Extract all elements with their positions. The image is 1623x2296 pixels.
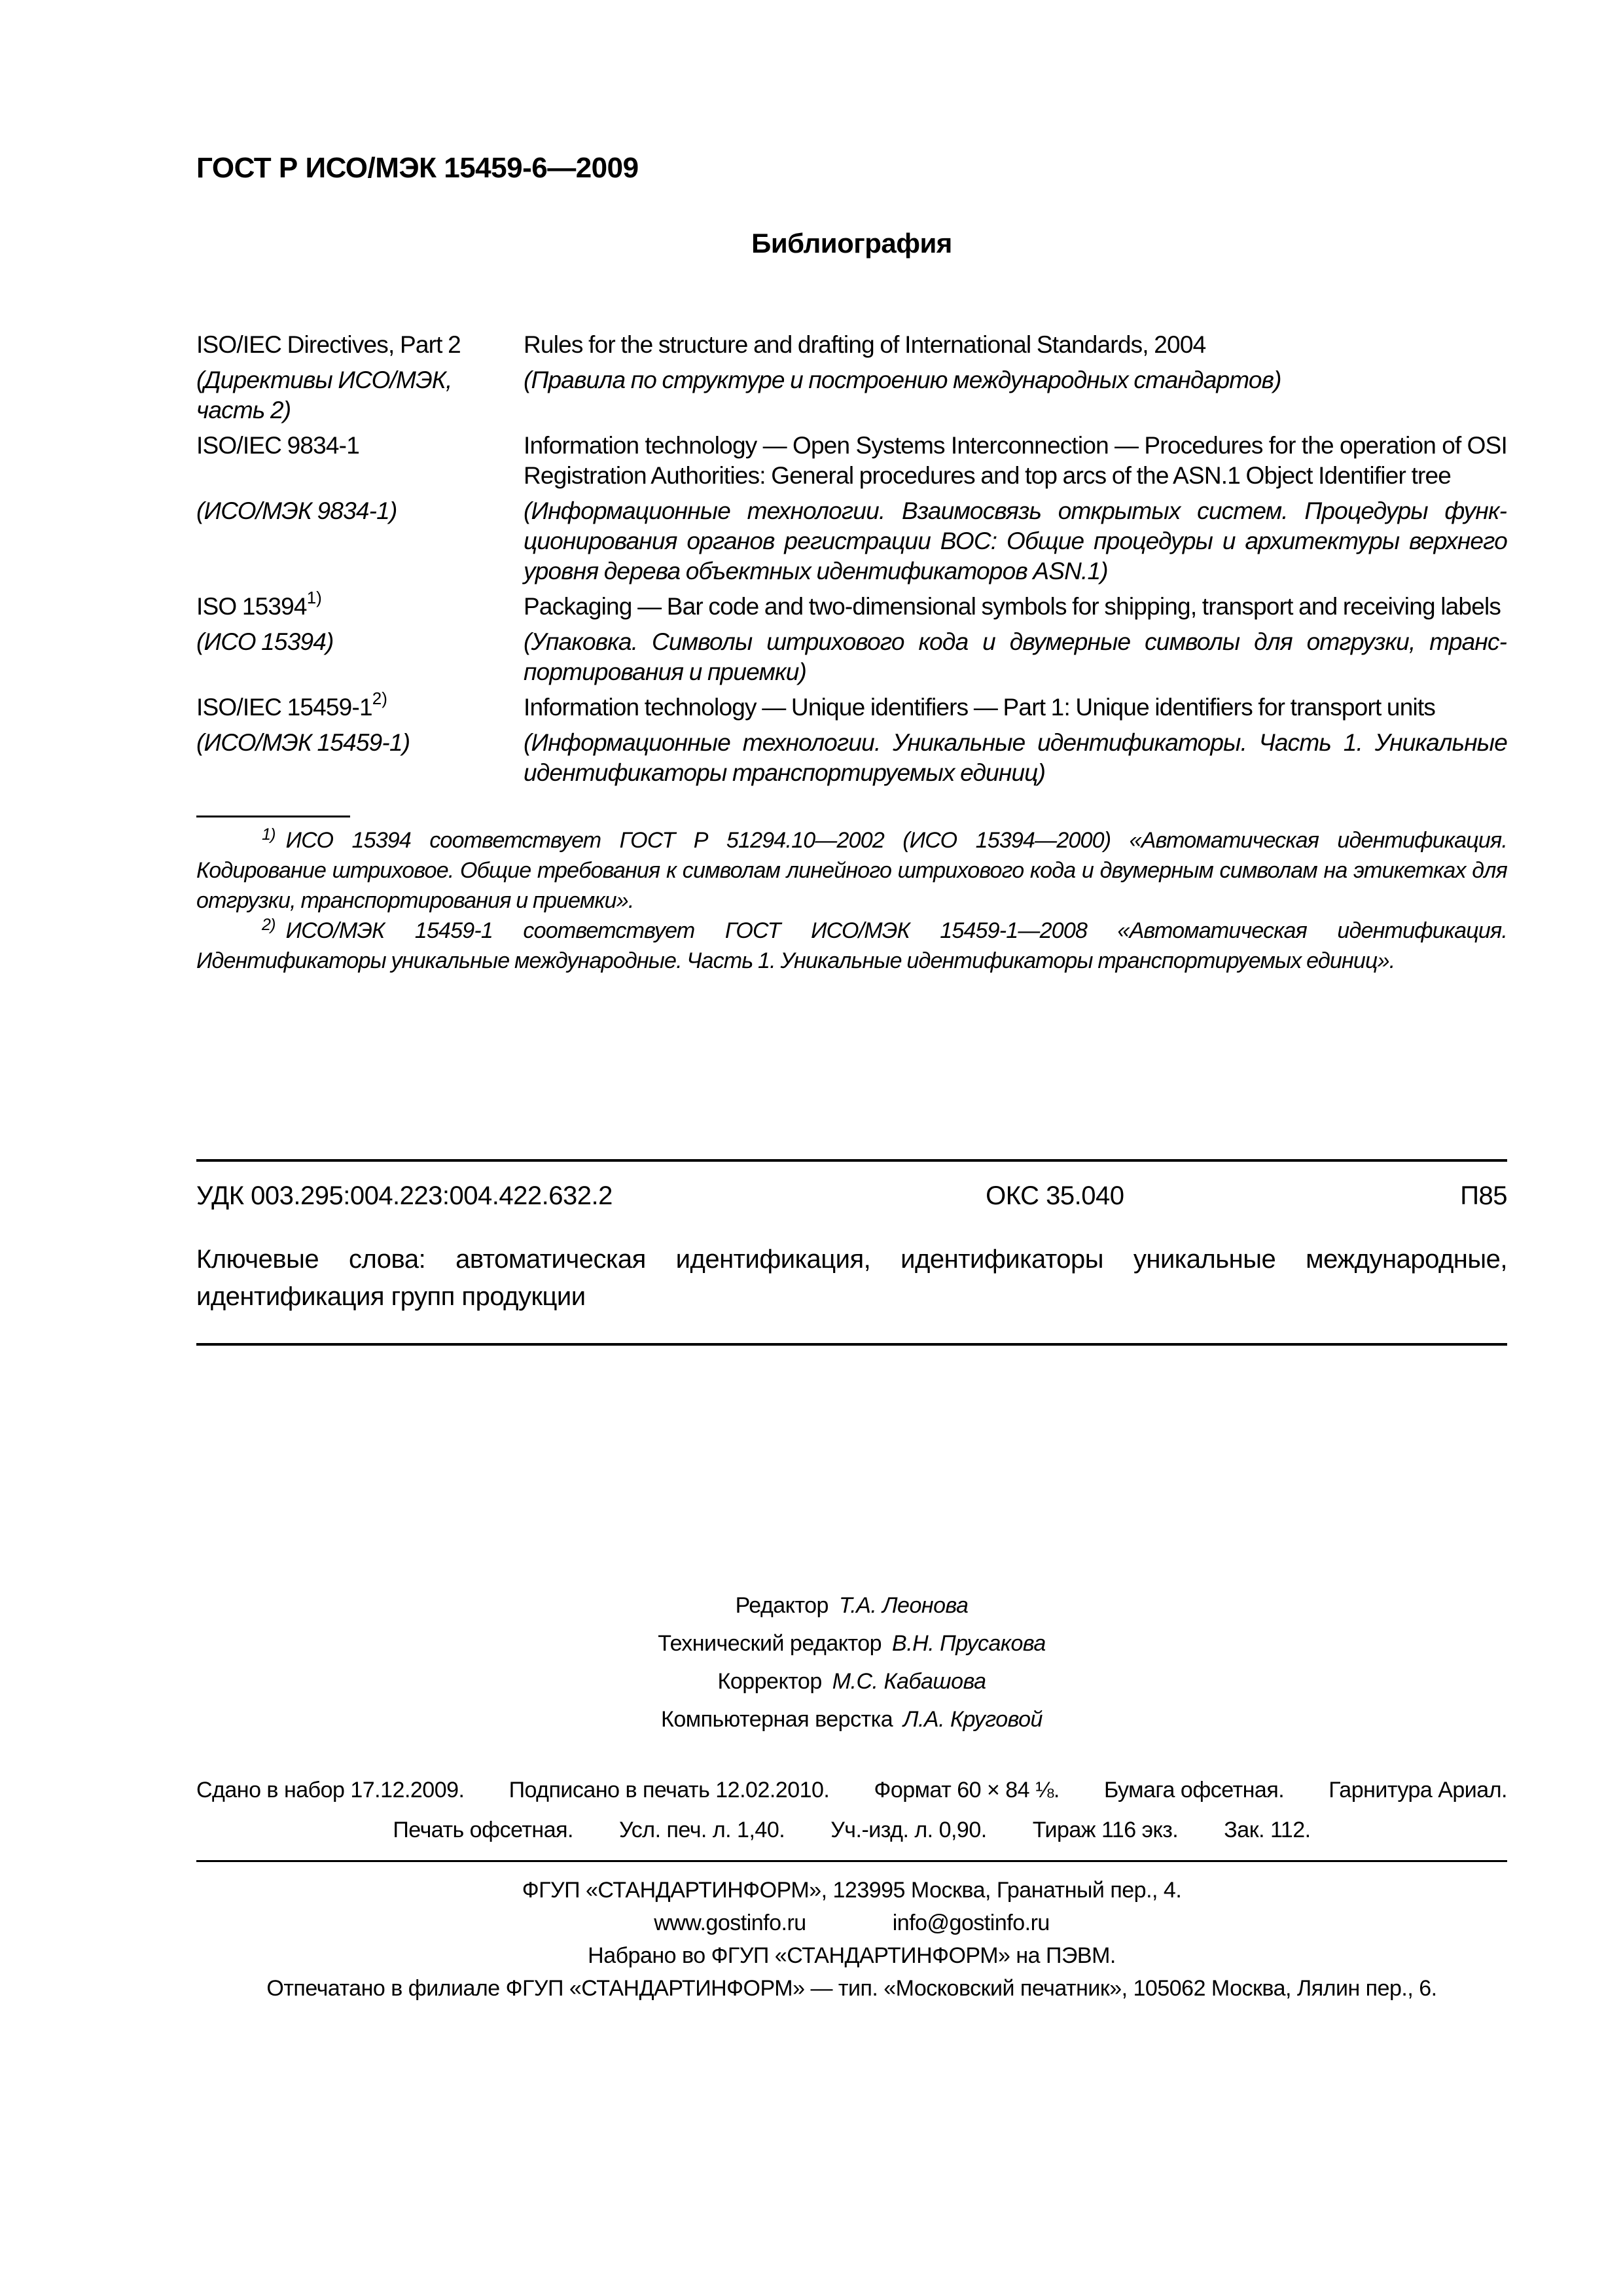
credit-name: Л.А. Круговой — [903, 1707, 1043, 1732]
reference-label: (ИСО 15394) — [196, 627, 524, 687]
publisher-contacts: www.gostinfo.ru info@gostinfo.ru — [196, 1907, 1507, 1939]
bibliography-entry: ISO 153941) Packaging — Bar code and two… — [196, 592, 1507, 622]
reference-label: ISO/IEC 9834-1 — [196, 431, 524, 491]
reference-text: (ИСО/МЭК 9834-1) — [196, 497, 397, 524]
imprint-line-2: Печать офсетная. Усл. печ. л. 1,40. Уч.-… — [196, 1818, 1507, 1843]
footnote-marker: 1) — [262, 825, 286, 844]
reference-description: Packaging — Bar code and two-dimensional… — [524, 592, 1507, 622]
credit-name: М.С. Кабашова — [832, 1669, 986, 1694]
reference-label: ISO/IEC Directives, Part 2 — [196, 330, 524, 360]
imprint-item: Бумага офсетная. — [1104, 1778, 1284, 1803]
bibliography-entry-translation: (ИСО/МЭК 15459-1) (Информационные технол… — [196, 728, 1507, 788]
reference-label: ISO/IEC 15459-12) — [196, 692, 524, 723]
reference-text: (ИСО 15394) — [196, 628, 334, 655]
credits-block: РедакторТ.А. Леонова Технический редакто… — [196, 1587, 1507, 1738]
horizontal-rule-bottom — [196, 1343, 1507, 1346]
bibliography-entry: ISO/IEC Directives, Part 2 Rules for the… — [196, 330, 1507, 360]
footnote-separator — [196, 816, 350, 817]
bibliography: ISO/IEC Directives, Part 2 Rules for the… — [196, 330, 1507, 788]
class-code: П85 — [1460, 1181, 1507, 1211]
document-page: ГОСТ Р ИСО/МЭК 15459-6—2009 Библиография… — [0, 0, 1623, 2005]
bibliography-entry: ISO/IEC 9834-1 Information technology — … — [196, 431, 1507, 491]
imprint-item: Печать офсетная. — [393, 1818, 573, 1843]
imprint-item: Тираж 116 экз. — [1033, 1818, 1179, 1843]
credit-role: Технический редактор — [658, 1631, 882, 1656]
reference-label: (Директивы ИСО/МЭК, часть 2) — [196, 365, 524, 425]
reference-description: (Упаковка. Символы штрихового кода и дву… — [524, 627, 1507, 687]
reference-text: ISO/IEC Directives, Part 2 — [196, 331, 461, 358]
publisher-address: ФГУП «СТАНДАРТИНФОРМ», 123995 Москва, Гр… — [196, 1874, 1507, 1907]
footnotes: 1)ИСО 15394 соответствует ГОСТ Р 51294.1… — [196, 825, 1507, 976]
credit-name: В.Н. Прусакова — [892, 1631, 1046, 1656]
reference-label: (ИСО/МЭК 15459-1) — [196, 728, 524, 788]
reference-description: (Информационные технологии. Взаимосвязь … — [524, 496, 1507, 586]
imprint-item: Гарнитура Ариал. — [1329, 1778, 1507, 1803]
bibliography-entry-translation: (ИСО/МЭК 9834-1) (Информационные техноло… — [196, 496, 1507, 586]
credit-line: Технический редакторВ.Н. Прусакова — [196, 1624, 1507, 1662]
reference-description: (Правила по структуре и построению между… — [524, 365, 1507, 425]
bibliography-entry: ISO/IEC 15459-12) Information technology… — [196, 692, 1507, 723]
credit-role: Редактор — [736, 1593, 829, 1618]
typeset-note: Набрано во ФГУП «СТАНДАРТИНФОРМ» на ПЭВМ… — [196, 1939, 1507, 1972]
reference-description: Information technology — Unique identifi… — [524, 692, 1507, 723]
imprint-item: Усл. печ. л. 1,40. — [619, 1818, 785, 1843]
publisher-separator — [196, 1860, 1507, 1862]
footnote-ref-mark: 1) — [307, 588, 322, 607]
footnote-text: ИСО 15394 соответствует ГОСТ Р 51294.10—… — [196, 828, 1507, 913]
reference-text: ISO/IEC 15459-1 — [196, 694, 372, 721]
classification-row: УДК 003.295:004.223:004.422.632.2 ОКС 35… — [196, 1181, 1507, 1211]
imprint-item: Сдано в набор 17.12.2009. — [196, 1778, 464, 1803]
reference-description: Information technology — Open Systems In… — [524, 431, 1507, 491]
reference-text: ISO 15394 — [196, 593, 307, 620]
standard-code: ГОСТ Р ИСО/МЭК 15459-6—2009 — [196, 152, 1507, 185]
footnote: 1)ИСО 15394 соответствует ГОСТ Р 51294.1… — [196, 825, 1507, 916]
reference-text: (ИСО/МЭК 15459-1) — [196, 729, 410, 756]
credit-line: КорректорМ.С. Кабашова — [196, 1662, 1507, 1700]
horizontal-rule-top — [196, 1159, 1507, 1162]
imprint-item: Формат 60 × 84 ⅛. — [874, 1778, 1059, 1803]
print-note: Отпечатано в филиале ФГУП «СТАНДАРТИНФОР… — [196, 1972, 1507, 2005]
footnote-text: ИСО/МЭК 15459-1 соответствует ГОСТ ИСО/М… — [196, 918, 1507, 973]
page-title: Библиография — [196, 228, 1507, 259]
reference-text: ISO/IEC 9834-1 — [196, 432, 359, 459]
imprint-item: Уч.-изд. л. 0,90. — [830, 1818, 987, 1843]
publisher-email: info@gostinfo.ru — [893, 1907, 1050, 1939]
bibliography-entry-translation: (ИСО 15394) (Упаковка. Символы штриховог… — [196, 627, 1507, 687]
bibliography-entry-translation: (Директивы ИСО/МЭК, часть 2) (Правила по… — [196, 365, 1507, 425]
imprint-item: Зак. 112. — [1224, 1818, 1310, 1843]
credit-role: Компьютерная верстка — [661, 1707, 893, 1732]
keywords: Ключевые слова: автоматическая идентифик… — [196, 1241, 1507, 1316]
imprint-line-1: Сдано в набор 17.12.2009. Подписано в пе… — [196, 1778, 1507, 1803]
reference-description: Rules for the structure and drafting of … — [524, 330, 1507, 360]
udk-code: УДК 003.295:004.223:004.422.632.2 — [196, 1181, 613, 1211]
reference-label: ISO 153941) — [196, 592, 524, 622]
imprint-item: Подписано в печать 12.02.2010. — [509, 1778, 830, 1803]
credit-name: Т.А. Леонова — [839, 1593, 968, 1618]
credit-line: РедакторТ.А. Леонова — [196, 1587, 1507, 1624]
reference-label: (ИСО/МЭК 9834-1) — [196, 496, 524, 586]
footnote-marker: 2) — [262, 916, 286, 934]
reference-description: (Информационные технологии. Уникальные и… — [524, 728, 1507, 788]
footnote: 2)ИСО/МЭК 15459-1 соответствует ГОСТ ИСО… — [196, 916, 1507, 976]
footnote-ref-mark: 2) — [372, 689, 387, 708]
credit-role: Корректор — [718, 1669, 822, 1694]
reference-text: (Директивы ИСО/МЭК, часть 2) — [196, 367, 452, 423]
credit-line: Компьютерная версткаЛ.А. Круговой — [196, 1700, 1507, 1738]
oks-code: ОКС 35.040 — [986, 1181, 1124, 1211]
publisher-block: ФГУП «СТАНДАРТИНФОРМ», 123995 Москва, Гр… — [196, 1874, 1507, 2005]
publisher-website: www.gostinfo.ru — [654, 1907, 806, 1939]
